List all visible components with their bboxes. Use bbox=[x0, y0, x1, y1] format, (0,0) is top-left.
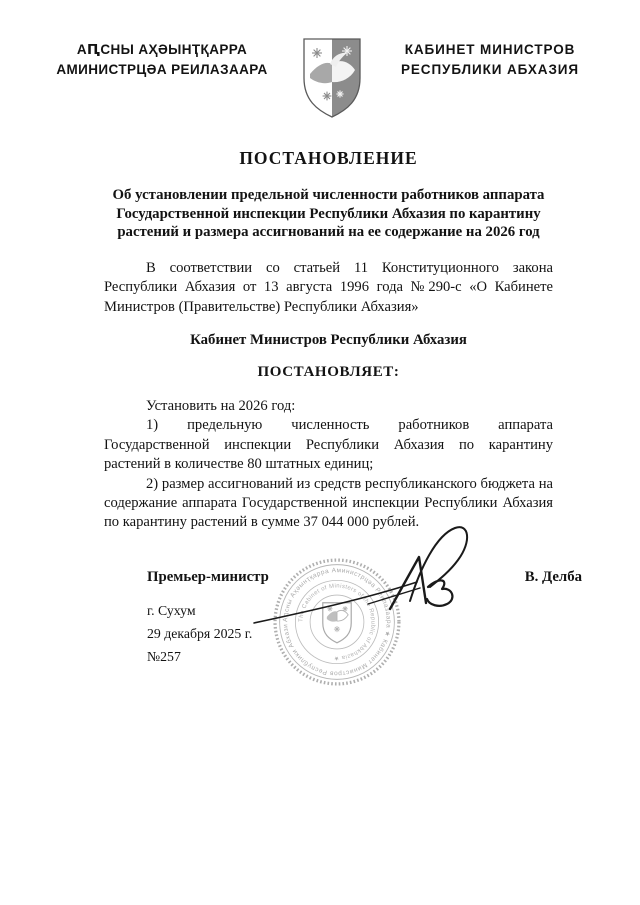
org-name-abkhaz-line1: АԤСНЫ АҲӘЫНҬҚАРРА bbox=[41, 40, 283, 60]
subject-line: Государственной инспекции Республики Абх… bbox=[104, 205, 553, 224]
document-title: ПОСТАНОВЛЕНИЕ bbox=[104, 148, 553, 169]
signature-ink bbox=[250, 513, 482, 641]
items-intro: Установить на 2026 год: bbox=[104, 397, 553, 416]
preamble-section: В соответствии со статьей 11 Конституцио… bbox=[104, 259, 553, 317]
document-subject: Об установлении предельной численности р… bbox=[104, 186, 553, 242]
signatory-name: В. Делба bbox=[525, 569, 582, 586]
preamble-paragraph: В соответствии со статьей 11 Конституцио… bbox=[104, 259, 553, 317]
resolving-authority: Кабинет Министров Республики Абхазия bbox=[104, 332, 553, 349]
org-name-russian-line1: КАБИНЕТ МИНИСТРОВ bbox=[381, 40, 599, 60]
signature-letter-a bbox=[390, 557, 426, 609]
letterhead: АԤСНЫ АҲӘЫНҬҚАРРА АМИНИСТРЦӘА РЕИЛАЗААРА bbox=[0, 36, 640, 120]
subject-line: растений и размера ассигнований на ее со… bbox=[104, 223, 553, 242]
coat-of-arms-icon bbox=[300, 36, 364, 120]
resolves-label: ПОСТАНОВЛЯЕТ: bbox=[104, 364, 553, 381]
org-name-russian-line2: РЕСПУБЛИКИ АБХАЗИЯ bbox=[381, 60, 599, 80]
resolution-item: 1) предельную численность работников апп… bbox=[104, 416, 553, 474]
decree-document-page: АԤСНЫ АҲӘЫНҬҚАРРА АМИНИСТРЦӘА РЕИЛАЗААРА bbox=[0, 0, 640, 905]
subject-line: Об установлении предельной численности р… bbox=[104, 186, 553, 205]
signature-flourish bbox=[410, 527, 467, 601]
signature-letter-z bbox=[427, 580, 452, 605]
org-name-russian: КАБИНЕТ МИНИСТРОВ РЕСПУБЛИКИ АБХАЗИЯ bbox=[381, 36, 599, 80]
org-name-abkhaz-line2: АМИНИСТРЦӘА РЕИЛАЗААРА bbox=[41, 60, 283, 80]
org-name-abkhaz: АԤСНЫ АҲӘЫНҬҚАРРА АМИНИСТРЦӘА РЕИЛАЗААРА bbox=[41, 36, 283, 80]
